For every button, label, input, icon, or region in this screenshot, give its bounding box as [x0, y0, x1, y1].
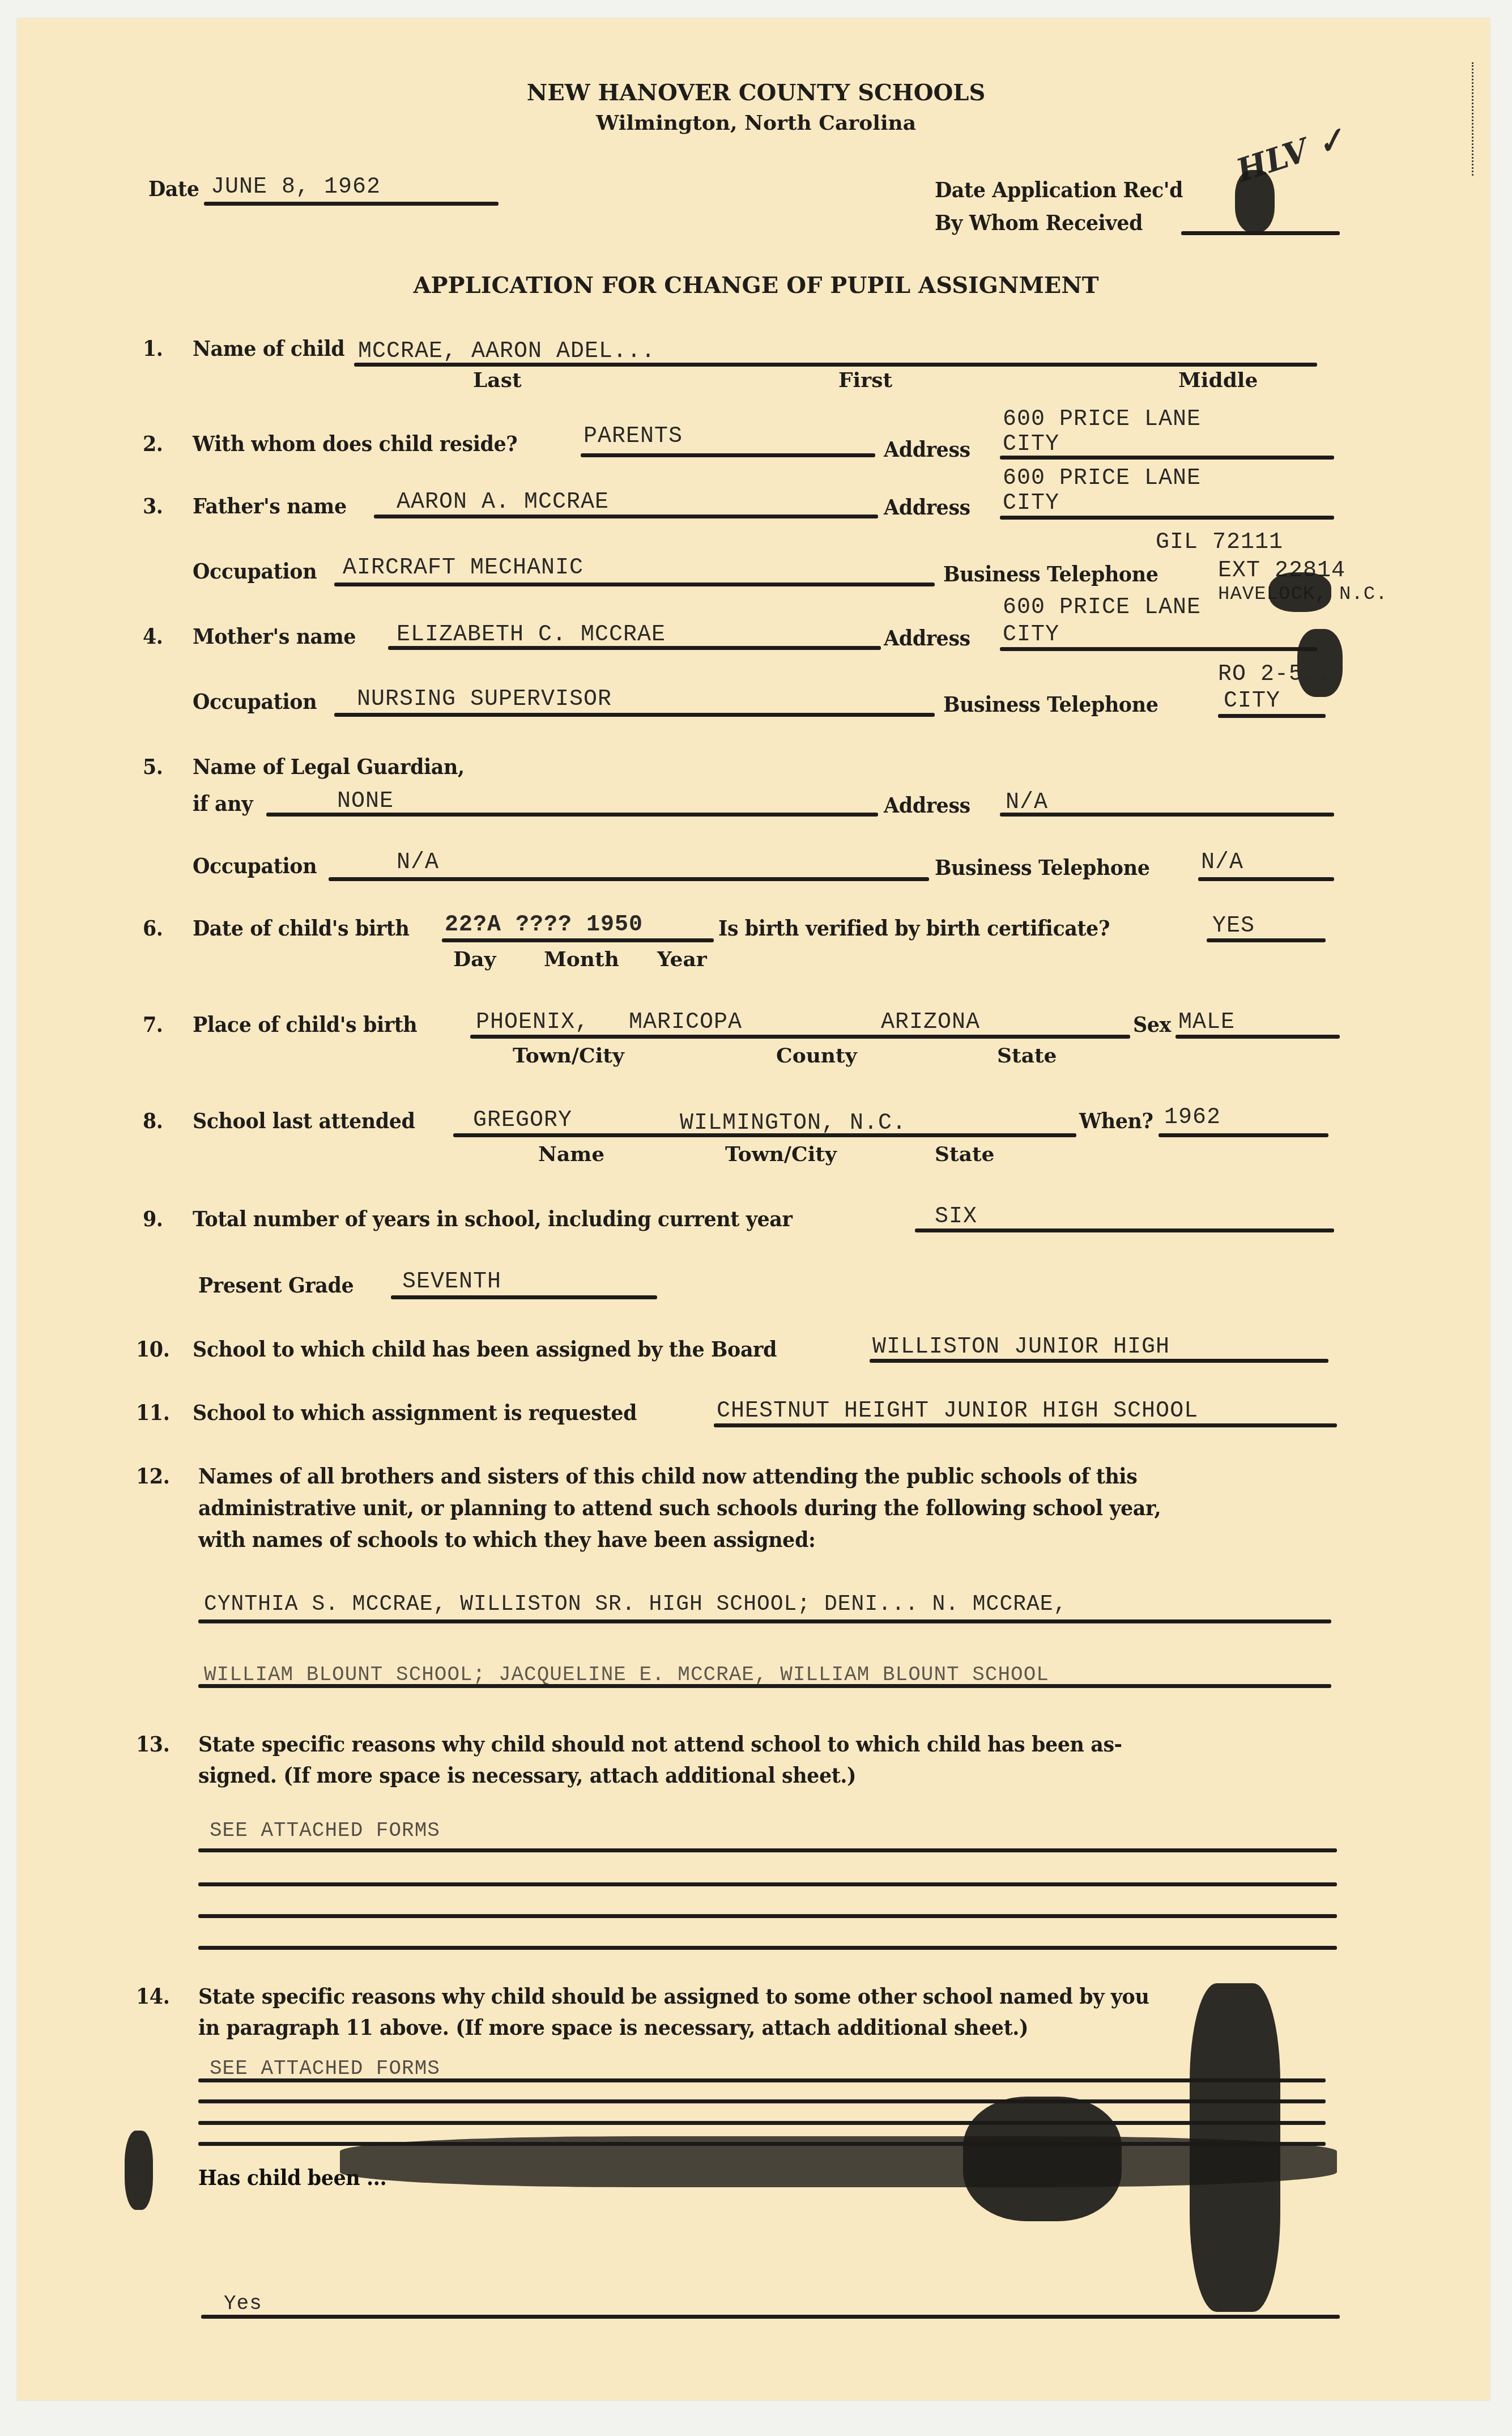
q15-answer-field[interactable]: Yes	[224, 2292, 262, 2315]
sub-year: Year	[657, 947, 707, 971]
q8-label: School last attended	[193, 1108, 415, 1133]
birth-county-field[interactable]: MARICOPA	[629, 1010, 742, 1035]
q14-text-1: State specific reasons why child should …	[198, 1983, 1149, 2009]
q7-number: 7.	[143, 1011, 163, 1037]
q14-text-2: in paragraph 11 above. (If more space is…	[198, 2014, 1028, 2040]
q13-text-2: signed. (If more space is necessary, att…	[198, 1762, 856, 1788]
q14-number: 14.	[136, 1983, 169, 2009]
sub-state: State	[997, 1044, 1057, 1068]
sub-month: Month	[544, 947, 619, 971]
q6-label: Date of child's birth	[193, 915, 409, 941]
birth-state-field[interactable]: ARIZONA	[881, 1010, 980, 1035]
reasons-assign-field[interactable]: SEE ATTACHED FORMS	[210, 2057, 440, 2080]
birth-date-field[interactable]: 22?A ???? 1950	[445, 912, 643, 938]
received-by-label: By Whom Received	[935, 210, 1143, 235]
q4-number: 4.	[143, 623, 163, 649]
sub-name: Name	[538, 1142, 604, 1166]
q13-text-1: State specific reasons why child should …	[198, 1731, 1122, 1757]
sub-day: Day	[453, 947, 496, 971]
sub-town-city: Town/City	[513, 1044, 624, 1068]
years-in-school-field[interactable]: SIX	[935, 1204, 977, 1230]
q7-label: Place of child's birth	[193, 1011, 417, 1037]
q2-number: 2.	[143, 431, 163, 456]
birth-city-field[interactable]: PHOENIX,	[476, 1010, 589, 1035]
q4-occupation-label: Occupation	[193, 688, 317, 714]
sub-state-2: State	[935, 1142, 995, 1166]
reside-with-field[interactable]: PARENTS	[583, 424, 683, 449]
father-tel-line1[interactable]: GIL 72111	[1156, 530, 1283, 555]
org-name: NEW HANOVER COUNTY SCHOOLS	[0, 79, 1512, 106]
q4-address-line2[interactable]: CITY	[1003, 622, 1059, 648]
child-name-field[interactable]: MCCRAE, AARON ADEL...	[358, 339, 655, 364]
q6-verified-label: Is birth verified by birth certificate?	[718, 915, 1110, 941]
sub-middle: Middle	[1178, 368, 1258, 392]
mother-tel-line2[interactable]: CITY	[1224, 688, 1280, 714]
q1-number: 1.	[143, 335, 163, 361]
q3-address-line1[interactable]: 600 PRICE LANE	[1003, 466, 1201, 491]
sub-first: First	[838, 368, 892, 392]
present-grade-label: Present Grade	[198, 1272, 353, 1298]
sub-town-city-2: Town/City	[725, 1142, 837, 1166]
q5-address-label: Address	[884, 792, 970, 818]
q3-label: Father's name	[193, 493, 347, 518]
q15-label: Has child been ...	[198, 2165, 386, 2190]
q11-number: 11.	[136, 1400, 169, 1425]
guardian-occupation-field[interactable]: N/A	[397, 850, 439, 875]
reasons-not-attend-field[interactable]: SEE ATTACHED FORMS	[210, 1819, 440, 1842]
q1-label: Name of child	[193, 335, 344, 361]
father-name-field[interactable]: AARON A. MCCRAE	[397, 490, 609, 515]
q3-telephone-label: Business Telephone	[943, 561, 1158, 586]
form-title: APPLICATION FOR CHANGE OF PUPIL ASSIGNME…	[0, 272, 1512, 299]
q5-number: 5.	[143, 754, 163, 779]
q8-number: 8.	[143, 1108, 163, 1133]
q5-telephone-label: Business Telephone	[935, 854, 1149, 880]
mother-tel-line1[interactable]: RO 2-5...	[1218, 662, 1345, 687]
q10-label: School to which child has been assigned …	[193, 1336, 777, 1362]
q8-when-label: When?	[1079, 1108, 1153, 1133]
q4-address-label: Address	[884, 625, 970, 651]
q3-address-label: Address	[884, 494, 970, 520]
q11-label: School to which assignment is requested	[193, 1400, 637, 1425]
q3-address-line2[interactable]: CITY	[1003, 491, 1059, 516]
birth-verified-field[interactable]: YES	[1212, 913, 1255, 939]
sub-county: County	[776, 1044, 857, 1068]
assigned-school-field[interactable]: WILLISTON JUNIOR HIGH	[872, 1334, 1170, 1360]
q5-label: Name of Legal Guardian,	[193, 754, 465, 779]
sex-field[interactable]: MALE	[1178, 1010, 1235, 1035]
q10-number: 10.	[136, 1336, 169, 1362]
guardian-tel-field[interactable]: N/A	[1201, 850, 1243, 875]
date-field[interactable]: JUNE 8, 1962	[211, 175, 381, 200]
q4-address-line1[interactable]: 600 PRICE LANE	[1003, 595, 1201, 620]
q12-number: 12.	[136, 1463, 169, 1489]
sub-last: Last	[473, 368, 522, 392]
q2-address-line2[interactable]: CITY	[1003, 432, 1059, 457]
q2-label: With whom does child reside?	[193, 431, 517, 456]
edge-mark	[1472, 62, 1475, 176]
q3-number: 3.	[143, 493, 163, 518]
siblings-line1-field[interactable]: CYNTHIA S. MCCRAE, WILLISTON SR. HIGH SC…	[204, 1592, 1067, 1617]
org-location: Wilmington, North Carolina	[0, 111, 1512, 135]
guardian-name-field[interactable]: NONE	[337, 789, 394, 814]
q12-text-3: with names of schools to which they have…	[198, 1527, 815, 1552]
guardian-address-field[interactable]: N/A	[1006, 790, 1048, 815]
q6-number: 6.	[143, 915, 163, 941]
q4-label: Mother's name	[193, 623, 356, 649]
q5-label2: if any	[193, 790, 253, 816]
last-school-town-field[interactable]: WILMINGTON, N.C.	[680, 1111, 906, 1136]
requested-school-field[interactable]: CHESTNUT HEIGHT JUNIOR HIGH SCHOOL	[717, 1398, 1198, 1424]
mother-occupation-field[interactable]: NURSING SUPERVISOR	[357, 687, 612, 712]
q2-address-label: Address	[884, 436, 970, 462]
q3-occupation-label: Occupation	[193, 558, 317, 584]
q12-text-1: Names of all brothers and sisters of thi…	[198, 1463, 1137, 1489]
last-school-name-field[interactable]: GREGORY	[473, 1108, 572, 1133]
q5-occupation-label: Occupation	[193, 853, 317, 878]
q4-telephone-label: Business Telephone	[943, 691, 1158, 717]
father-occupation-field[interactable]: AIRCRAFT MECHANIC	[343, 555, 583, 581]
q12-text-2: administrative unit, or planning to atte…	[198, 1495, 1161, 1520]
q9-label: Total number of years in school, includi…	[193, 1206, 793, 1231]
siblings-line2-field[interactable]: WILLIAM BLOUNT SCHOOL; JACQUELINE E. MCC…	[204, 1663, 1049, 1686]
q9-number: 9.	[143, 1206, 163, 1231]
mother-name-field[interactable]: ELIZABETH C. MCCRAE	[397, 622, 666, 648]
q7-sex-label: Sex	[1133, 1011, 1171, 1037]
q2-address-line1[interactable]: 600 PRICE LANE	[1003, 407, 1201, 432]
last-school-year-field[interactable]: 1962	[1164, 1105, 1221, 1130]
received-date-label: Date Application Rec'd	[935, 177, 1183, 202]
q13-number: 13.	[136, 1731, 169, 1757]
present-grade-field[interactable]: SEVENTH	[402, 1269, 501, 1295]
date-label: Date	[148, 176, 199, 201]
